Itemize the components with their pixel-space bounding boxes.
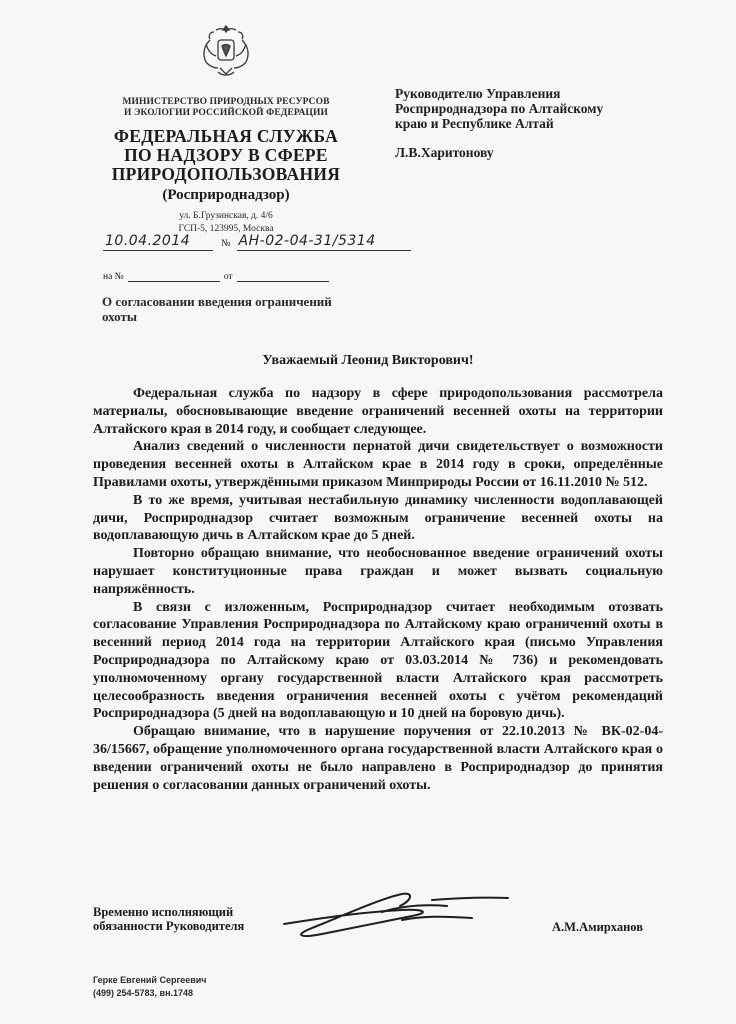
agency-name: ФЕДЕРАЛЬНАЯ СЛУЖБА ПО НАДЗОРУ В СФЕРЕ ПР… — [92, 127, 360, 184]
ministry-line-1: Министерство природных ресурсов — [92, 97, 360, 108]
agency-line-3: ПРИРОДОПОЛЬЗОВАНИЯ — [92, 165, 360, 184]
registration-number: АН-02-04-31/5314 — [237, 233, 411, 251]
paragraph: В связи с изложенным, Росприроднадзор сч… — [93, 599, 663, 724]
addressee-line-2: Росприроднадзора по Алтайскому — [395, 101, 645, 116]
agency-line-1: ФЕДЕРАЛЬНАЯ СЛУЖБА — [92, 127, 360, 146]
letter-body: Федеральная служба по надзору в сфере пр… — [93, 385, 663, 794]
salutation: Уважаемый Леонид Викторович! — [0, 353, 736, 369]
russian-coat-of-arms-icon — [198, 22, 254, 80]
ref-label: на № — [103, 272, 124, 282]
agency-short-name: (Росприроднадзор) — [92, 187, 360, 204]
address-line-1: ул. Б.Грузинская, д. 4/6 — [92, 210, 360, 223]
addressee-block: Руководителю Управления Росприроднадзора… — [395, 86, 645, 160]
ministry-name: Министерство природных ресурсов и эколог… — [92, 97, 360, 119]
agency-line-2: ПО НАДЗОРУ В СФЕРЕ — [92, 146, 360, 165]
executor-phone: (499) 254-5783, вн.1748 — [93, 987, 207, 1000]
ref-number-blank — [128, 280, 220, 282]
paragraph: Обращаю внимание, что в нарушение поруче… — [93, 723, 663, 794]
registration-date: 10.04.2014 — [103, 233, 213, 251]
signatory-title-line-1: Временно исполняющий — [93, 905, 244, 919]
handwritten-signature-icon — [282, 890, 512, 940]
paragraph: В то же время, учитывая нестабильную дин… — [93, 492, 663, 545]
from-label: от — [224, 272, 233, 282]
letter-page: Министерство природных ресурсов и эколог… — [0, 0, 736, 1024]
reference-line: на № от — [103, 272, 329, 282]
addressee-name: Л.В.Харитонову — [395, 145, 645, 160]
signatory-name: А.М.Амирханов — [552, 920, 643, 935]
paragraph: Анализ сведений о численности пернатой д… — [93, 438, 663, 491]
signatory-title-line-2: обязанности Руководителя — [93, 919, 244, 933]
ministry-line-2: и экологии Российской Федерации — [92, 108, 360, 119]
addressee-line-1: Руководителю Управления — [395, 86, 645, 101]
registration-line: 10.04.2014 № АН-02-04-31/5314 — [103, 233, 411, 251]
letterhead: Министерство природных ресурсов и эколог… — [92, 22, 360, 236]
number-label: № — [221, 238, 231, 249]
paragraph: Федеральная служба по надзору в сфере пр… — [93, 385, 663, 438]
ref-date-blank — [237, 280, 329, 282]
signatory-title: Временно исполняющий обязанности Руковод… — [93, 905, 244, 933]
letter-subject: О согласовании введения ограничений охот… — [102, 294, 362, 324]
addressee-line-3: краю и Республике Алтай — [395, 116, 645, 131]
executor-name: Герке Евгений Сергеевич — [93, 974, 207, 987]
paragraph: Повторно обращаю внимание, что необоснов… — [93, 545, 663, 598]
executor-info: Герке Евгений Сергеевич (499) 254-5783, … — [93, 974, 207, 1000]
